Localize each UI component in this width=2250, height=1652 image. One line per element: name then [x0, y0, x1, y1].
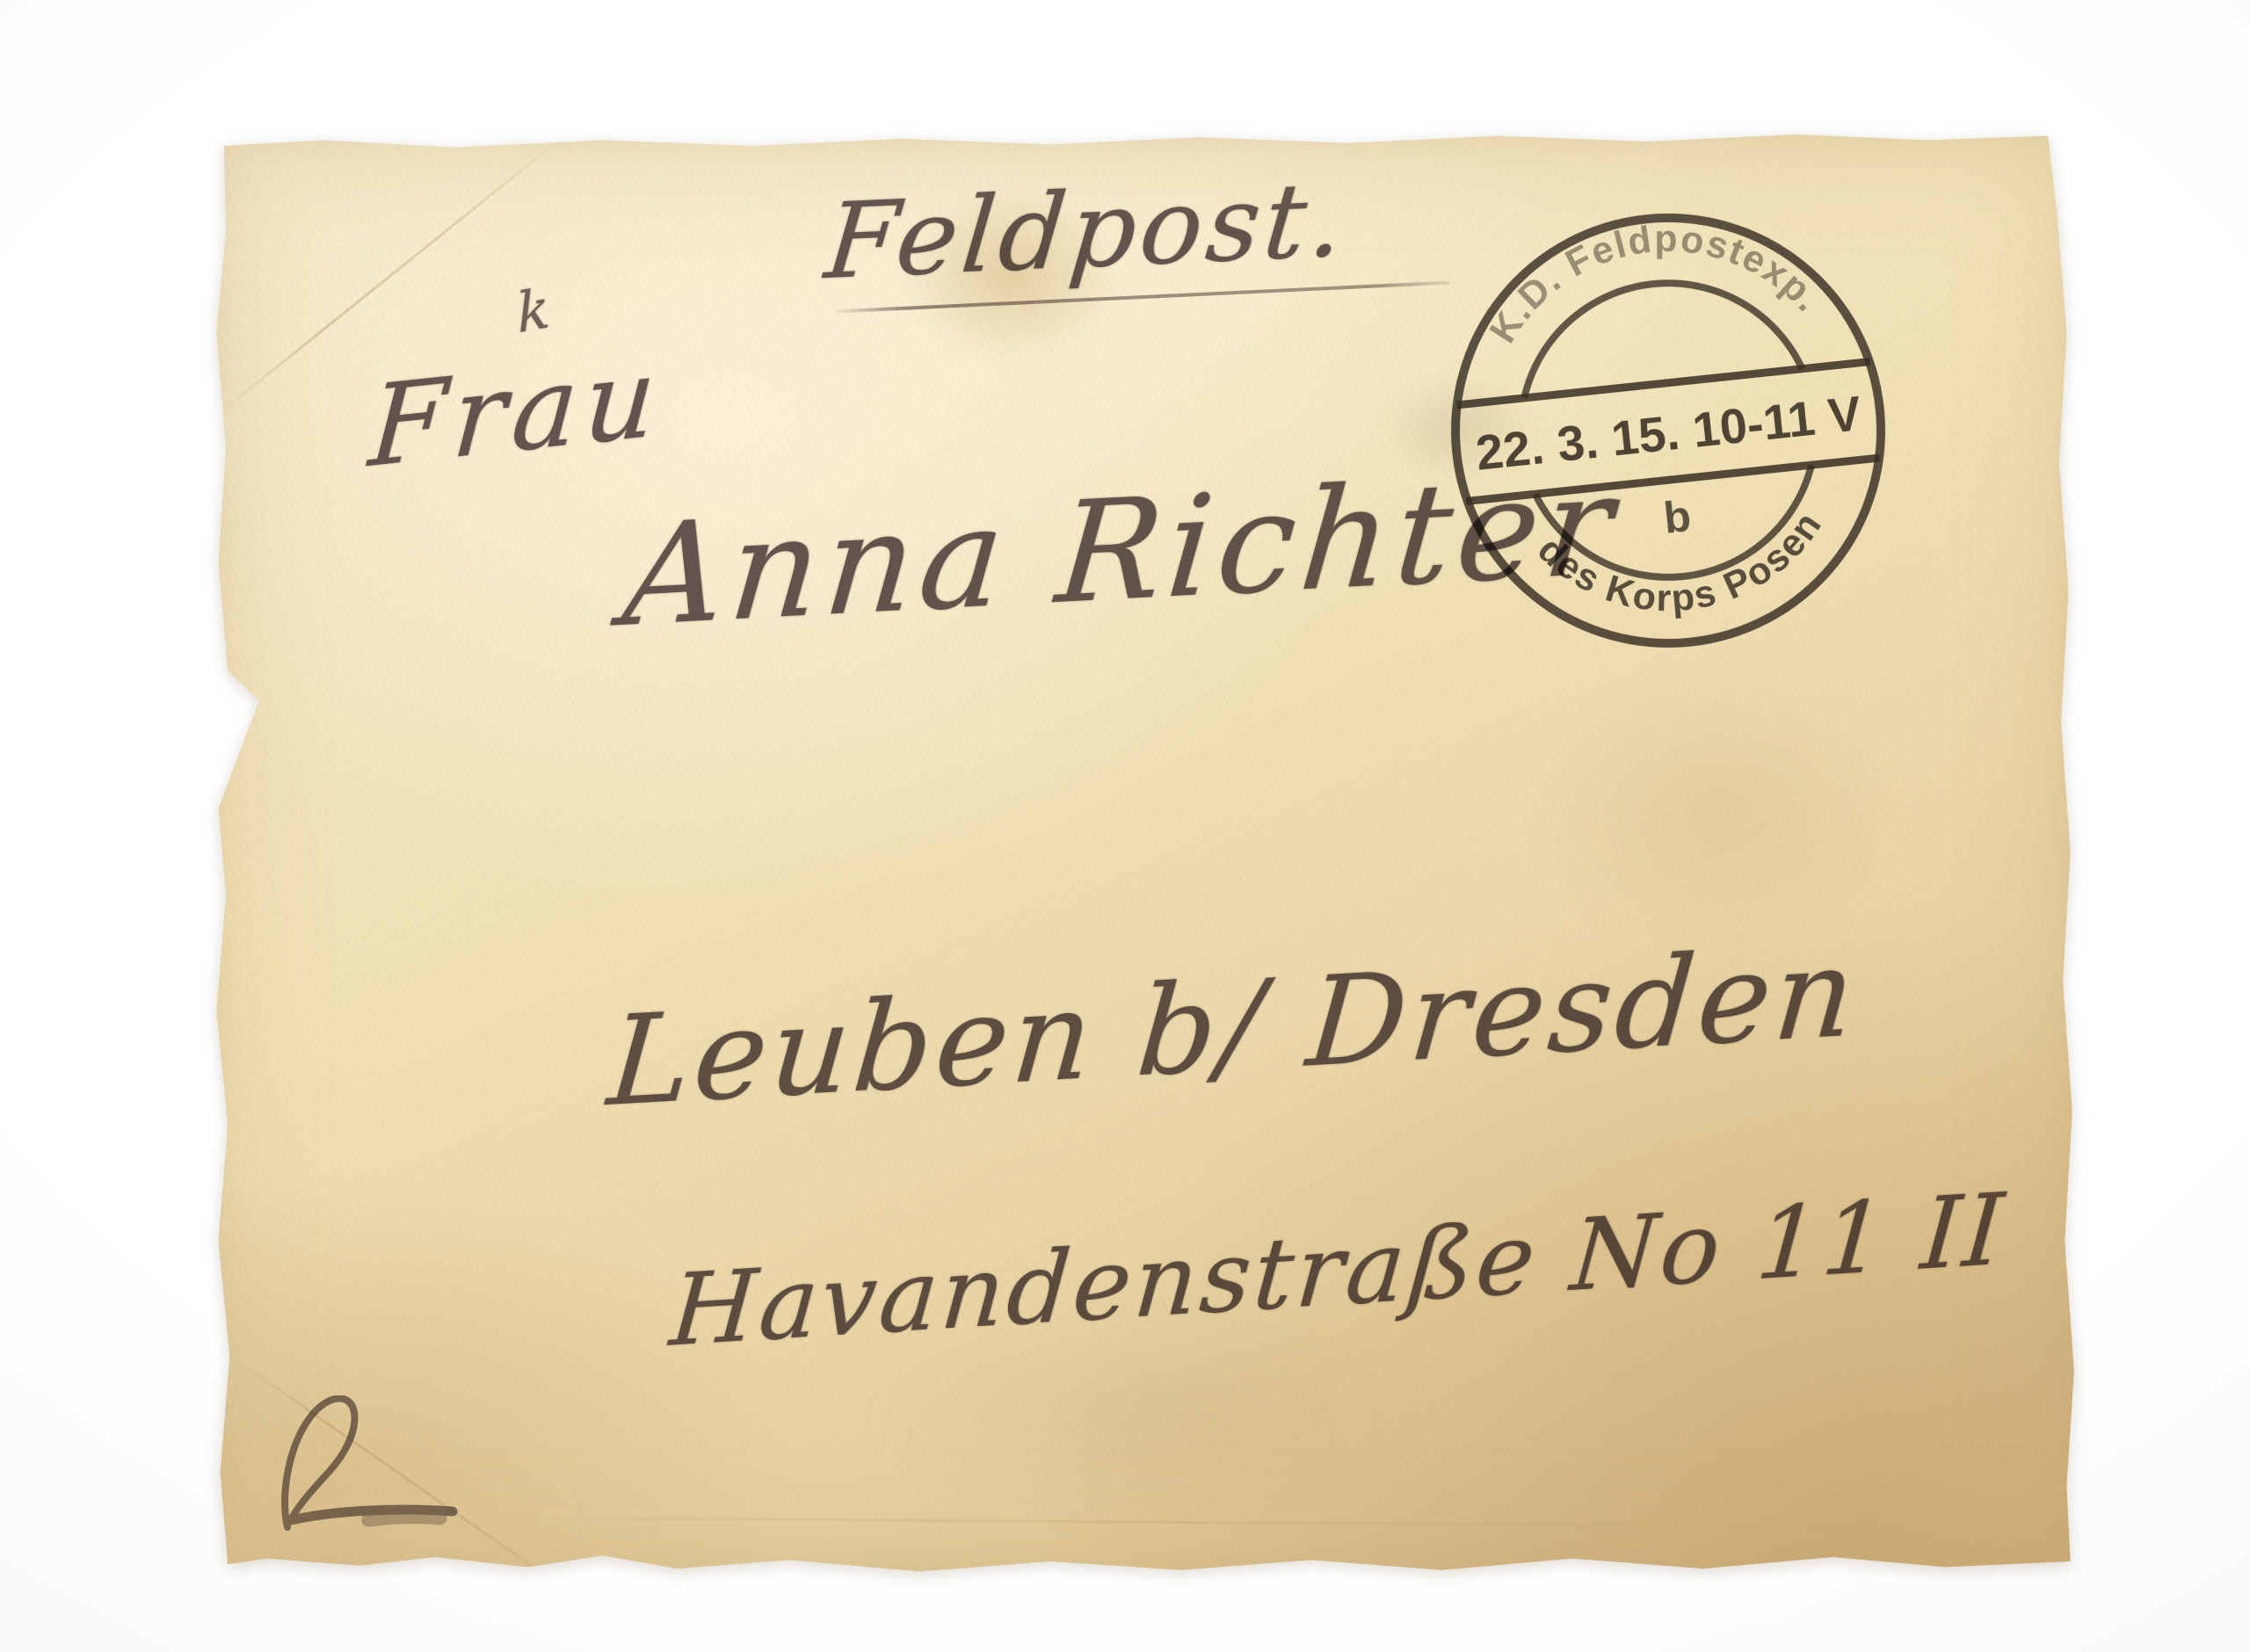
- crease-line: [439, 1516, 1881, 1528]
- handwritten-feldpost: Feldpost.: [822, 167, 1353, 293]
- handwritten-place-line: Leuben b/ Dresden: [604, 931, 1862, 1125]
- stamp-index-letter: b: [1661, 491, 1693, 543]
- pencil-corner-mark: [277, 1395, 470, 1554]
- photo-background: Feldpost. k Frau Anna Richter Leuben b/ …: [0, 0, 2250, 1652]
- handwritten-note-mark: k: [515, 281, 551, 342]
- envelope-wrap: Feldpost. k Frau Anna Richter Leuben b/ …: [0, 0, 2250, 1652]
- postmark-stamp: K.D. Feldpostexp. des Korps Posen 22. 3.…: [1426, 189, 1910, 672]
- handwritten-street-line: Havandenstraße No 11 II: [667, 1180, 2009, 1361]
- handwritten-salutation: Frau: [366, 341, 665, 484]
- envelope: Feldpost. k Frau Anna Richter Leuben b/ …: [211, 130, 2076, 1573]
